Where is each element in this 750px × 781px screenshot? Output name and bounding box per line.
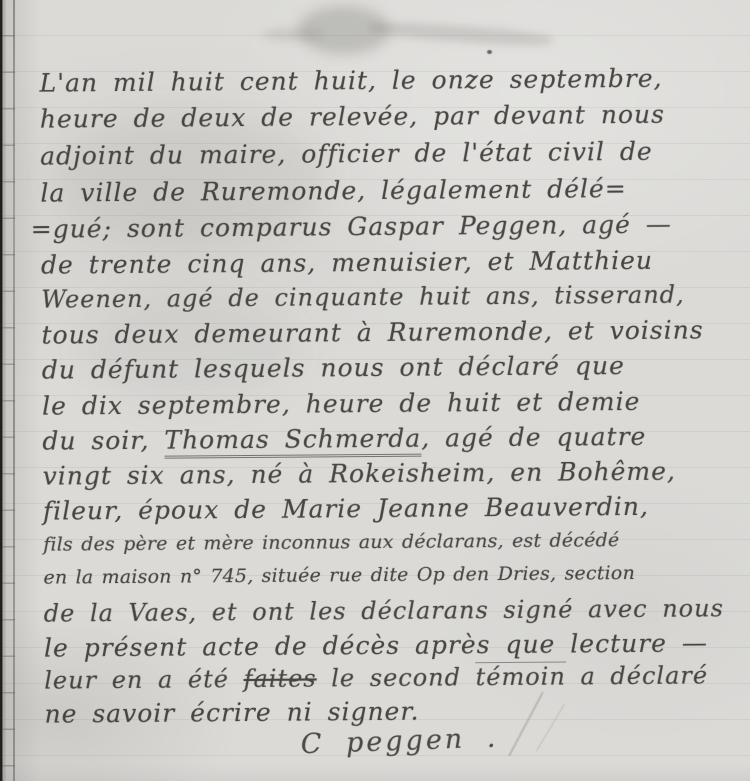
line-segment: du soir,: [42, 426, 164, 456]
manuscript-text: L'an mil huit cent huit, le onze septemb…: [0, 0, 750, 781]
scanned-register-page: L'an mil huit cent huit, le onze septemb…: [0, 0, 750, 781]
manuscript-line: leur en a été faites le second témoin a …: [44, 661, 708, 694]
line-segment: , agé de quatre: [421, 422, 646, 453]
line-segment: leur en a été: [44, 665, 244, 695]
manuscript-line: de trente cinq ans, menuisier, et Matthi…: [41, 246, 653, 280]
manuscript-line: L'an mil huit cent huit, le onze septemb…: [39, 64, 662, 98]
struck-through-word: faites: [243, 664, 316, 693]
manuscript-line: fileur, époux de Marie Jeanne Beauverdin…: [43, 492, 649, 526]
manuscript-line: vingt six ans, né à Rokeisheim, en Bohêm…: [43, 457, 676, 491]
manuscript-line: ne savoir écrire ni signer.: [44, 697, 419, 729]
overlined-word: témoin: [476, 662, 566, 692]
manuscript-line: du soir, Thomas Schmerda, agé de quatre: [42, 422, 646, 456]
deceased-name-underlined: Thomas Schmerda: [164, 424, 421, 459]
manuscript-line: heure de deux de relevée, par devant nou…: [40, 100, 665, 134]
line-segment: le second: [317, 663, 476, 692]
manuscript-line: Weenen, agé de cinquante huit ans, tisse…: [41, 281, 685, 314]
witness-signature: C peggen .: [300, 722, 499, 760]
manuscript-line: adjoint du maire, officier de l'état civ…: [40, 137, 653, 171]
manuscript-line: la ville de Ruremonde, légalement délé=: [40, 174, 627, 208]
manuscript-line: tous deux demeurant à Ruremonde, et vois…: [41, 315, 703, 349]
manuscript-line: =gué; sont comparus Gaspar Peggen, agé —: [31, 210, 672, 244]
manuscript-line: le dix septembre, heure de huit et demie: [42, 387, 641, 421]
manuscript-line: du défunt lesquels nous ont déclaré que: [42, 351, 625, 385]
manuscript-line: de la Vaes, et ont les déclarans signé a…: [44, 594, 724, 627]
manuscript-line: fils des père et mère inconnus aux décla…: [43, 529, 619, 556]
manuscript-line: le présent acte de décès après que lectu…: [44, 628, 708, 662]
line-segment: a déclaré: [566, 661, 708, 690]
manuscript-line: en la maison n° 745, située rue dite Op …: [43, 562, 635, 589]
